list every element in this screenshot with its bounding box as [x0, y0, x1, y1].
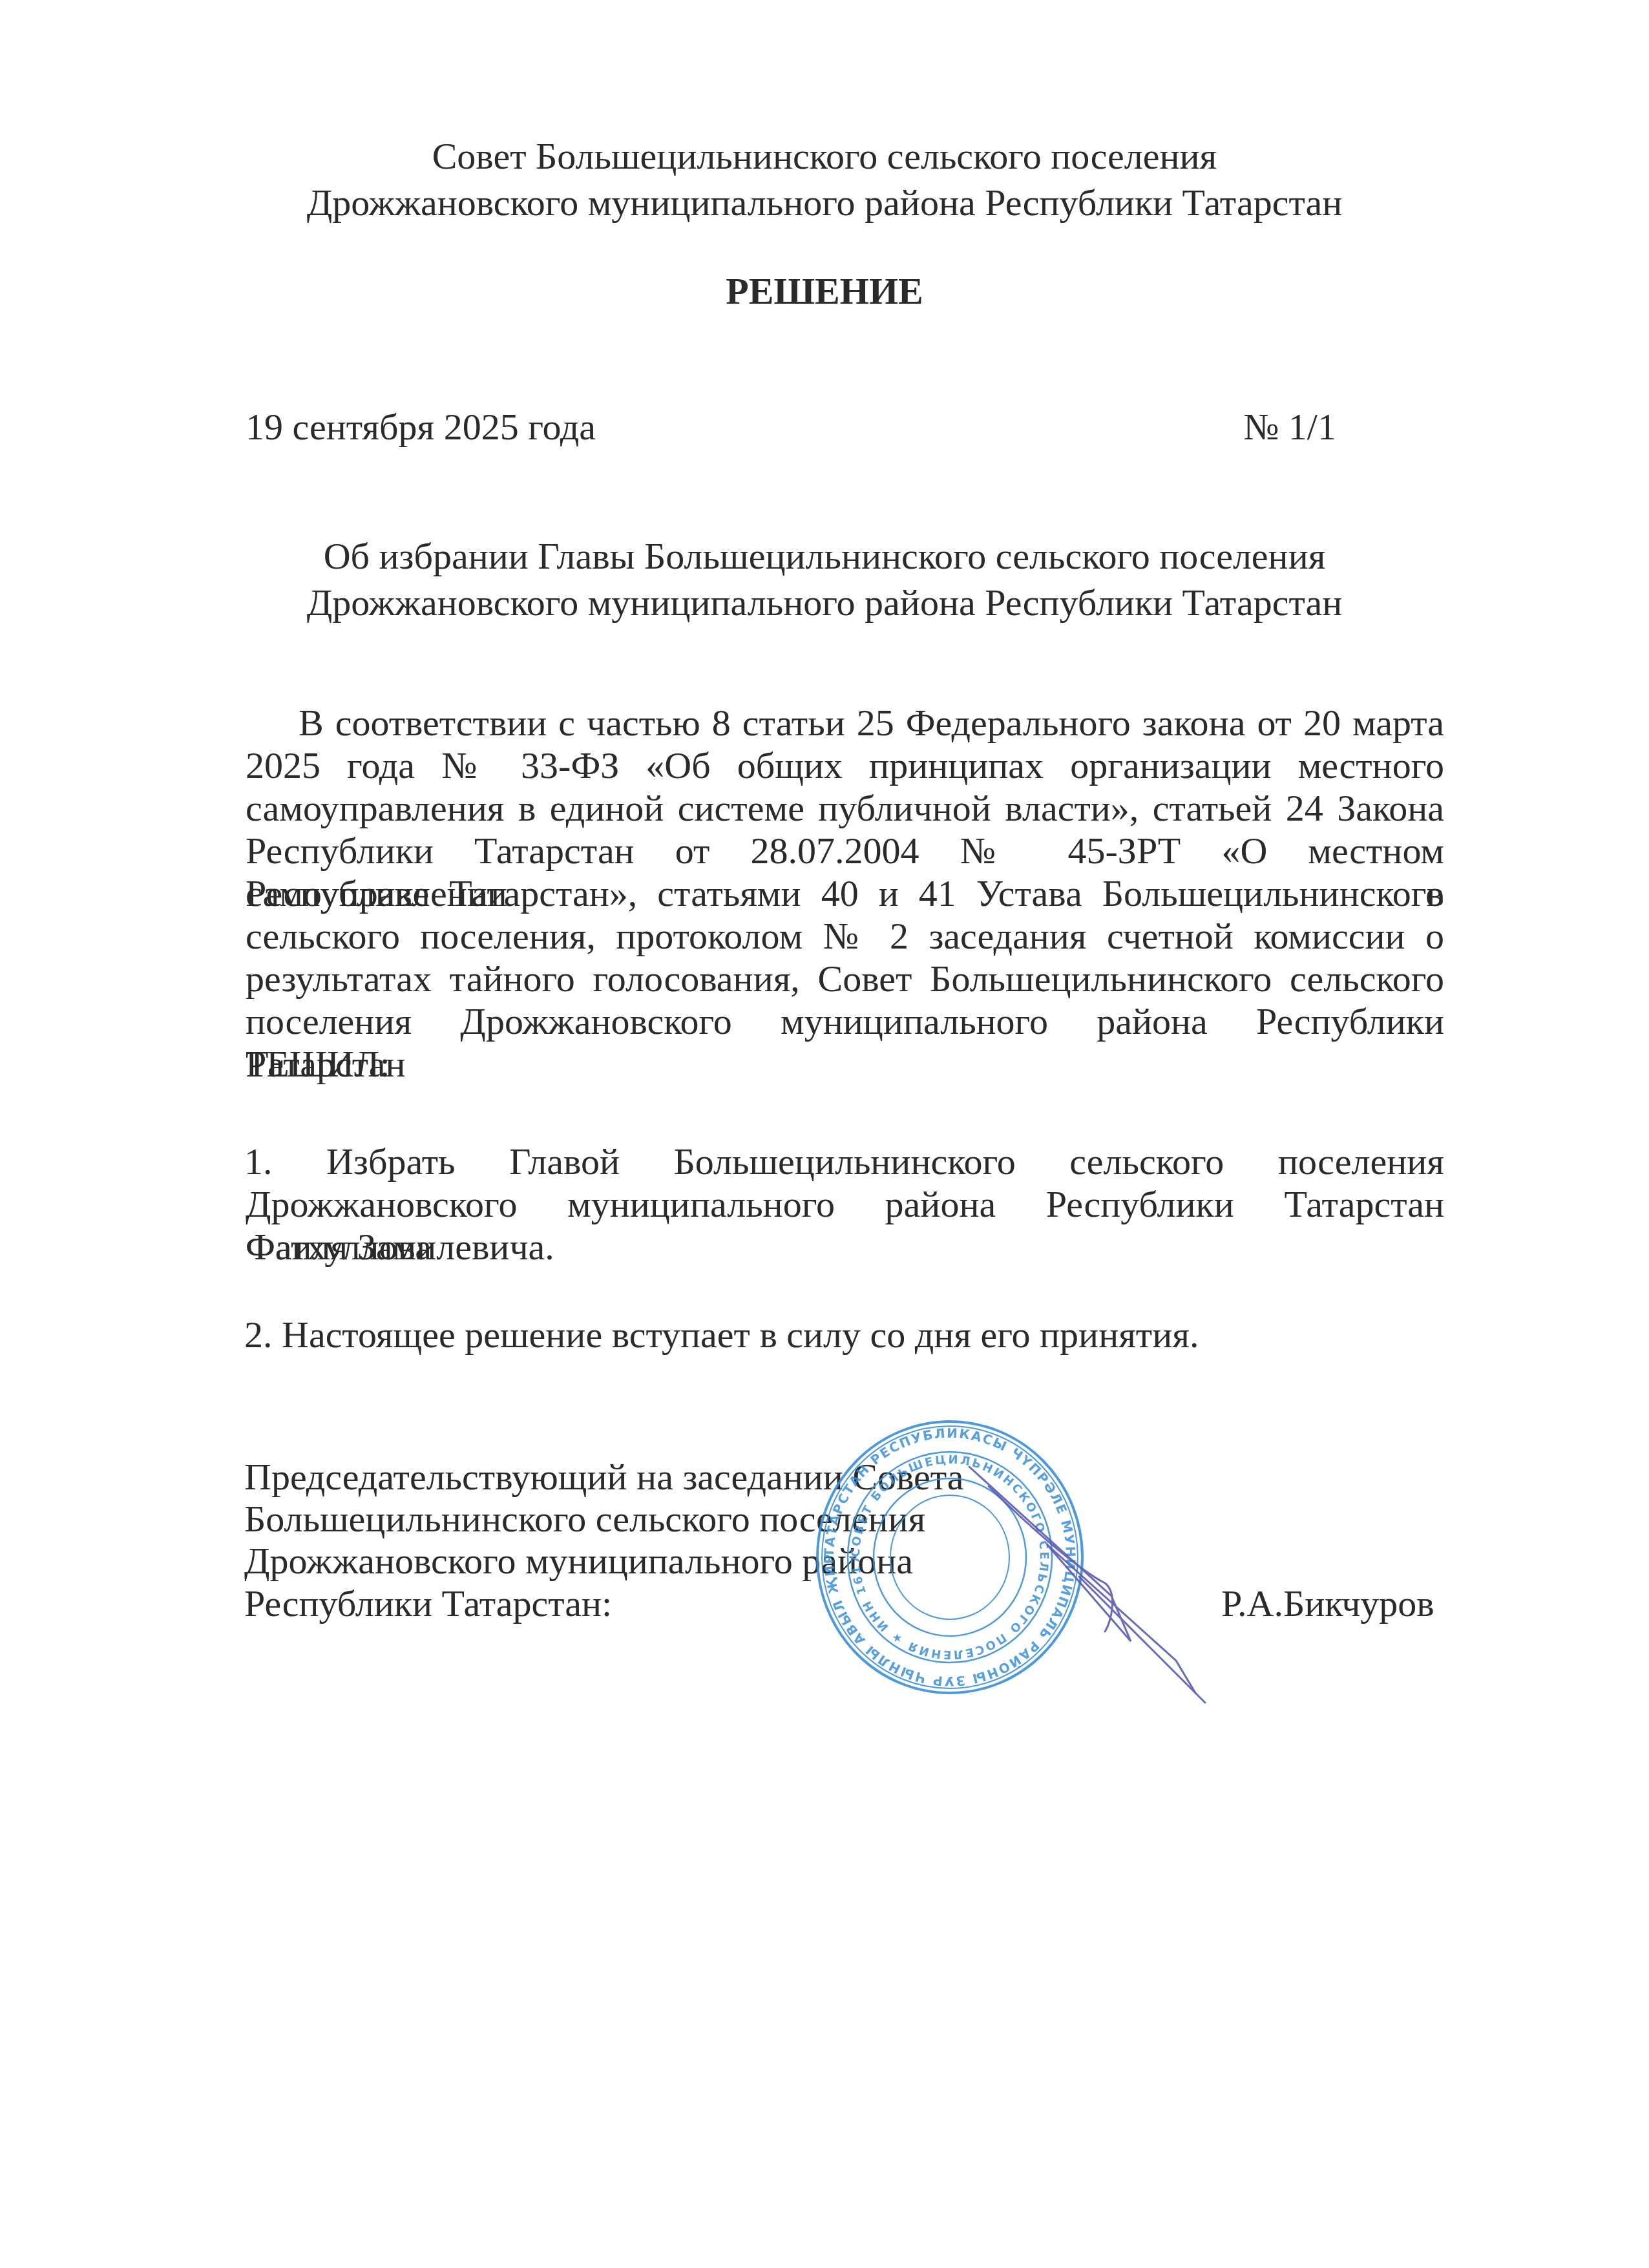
resolution-item-2: 2. Настоящее решение вступает в силу со … [244, 1312, 1199, 1358]
subject-line-1: Об избрании Главы Большецильнинского сел… [0, 533, 1649, 580]
preamble-line: В соответствии с частью 8 статьи 25 Феде… [299, 702, 1444, 744]
preamble-resolved: РЕШИЛ: [246, 1043, 1444, 1086]
handwritten-signature-icon [950, 1447, 1260, 1719]
preamble-line: самоуправления в единой системе публично… [246, 787, 1444, 830]
document-type-title: РЕШЕНИЕ [0, 268, 1649, 315]
item-line: 1. Избрать Главой Большецильнинского сел… [244, 1140, 1444, 1183]
issuer-line-1: Совет Большецильнинского сельского посел… [0, 133, 1649, 180]
preamble-line: результатах тайного голосования, Совет Б… [246, 958, 1444, 1000]
preamble-line: 2025 года № 33-ФЗ «Об общих принципах ор… [246, 744, 1444, 787]
issuer-line-2: Дрожжановского муниципального района Рес… [0, 180, 1649, 226]
preamble-line: сельского поселения, протоколом № 2 засе… [246, 915, 1444, 958]
document-number: № 1/1 [1243, 404, 1336, 450]
item-line: Фаиля Замилевича. [246, 1226, 1444, 1268]
document-date: 19 сентября 2025 года [246, 404, 596, 450]
preamble-line: Республике Татарстан», статьями 40 и 41 … [246, 872, 1444, 915]
signatory-title-line: Республики Татарстан: [244, 1580, 612, 1627]
subject-line-2: Дрожжановского муниципального района Рес… [0, 580, 1649, 626]
